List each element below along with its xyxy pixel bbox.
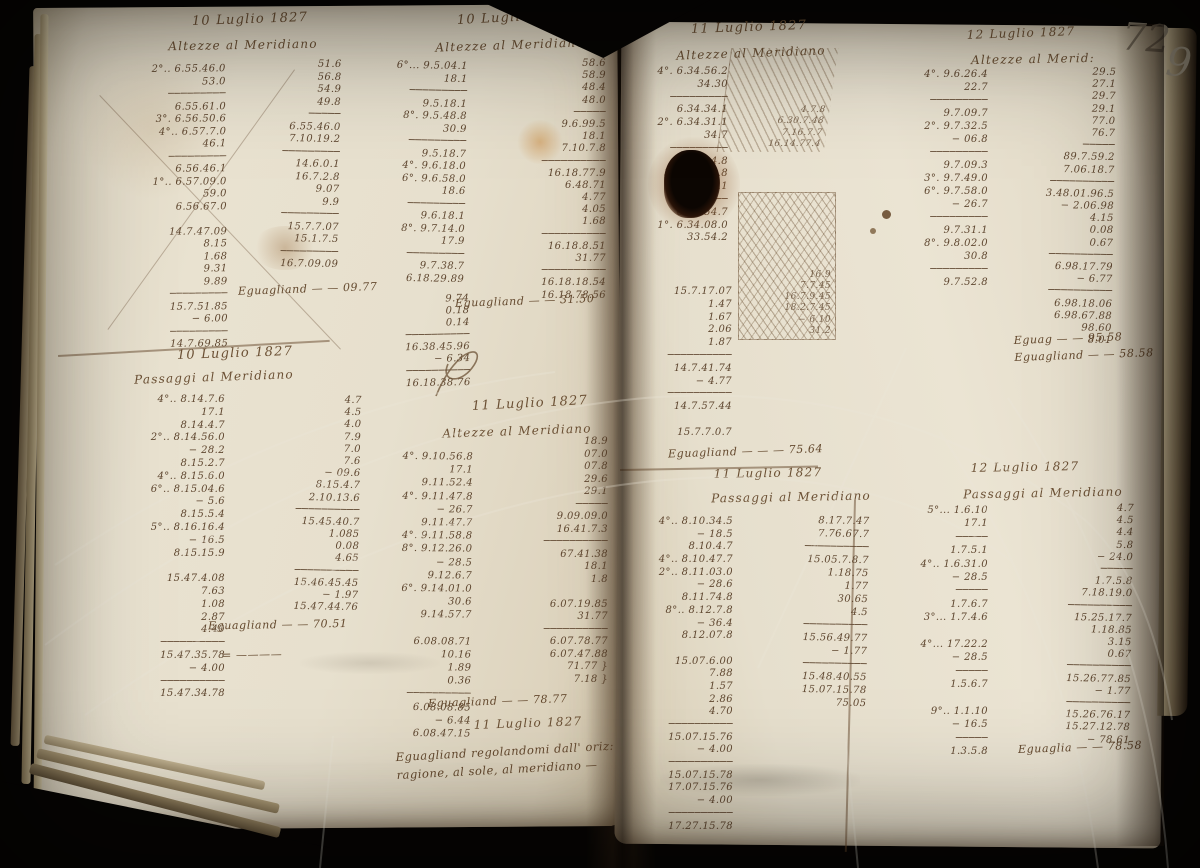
entry-column-i2: 15.7.17.07 1.47 1.67 2.06 1.87 ─────────… — [622, 286, 732, 440]
manuscript-photo: 10 Luglio 1827 Altezze al Meridiano 10 L… — [0, 0, 1200, 868]
struck-figures: 4.7.8 6.30.7.48 7.16.7.7 16.14.77.4 — [767, 105, 826, 150]
section-date: 11 Luglio 1827 — [688, 465, 848, 482]
folio-number: 72 — [1121, 14, 1172, 61]
struck-calculation-block: 16.9 7.7.45 16.7.9.45 18.2.7.45 − 6.10 3… — [738, 192, 836, 340]
entry-column-l: 4°. 9.6.26.4 22.7 ───────── 9.7.09.7 2°.… — [876, 68, 988, 289]
section-date: 12 Luglio 1827 — [940, 459, 1110, 476]
struck-calculation-block: 4.7.8 6.30.7.48 7.16.7.7 16.14.77.4 — [717, 48, 839, 152]
entry-column-c: 6°... 9.5.04.1 18.1 ───────── 9.5.18.1 8… — [346, 59, 468, 286]
entry-column-n: 5°... 1.6.10 17.1 ───── 1.7.5.1 4°.. 1.6… — [876, 504, 988, 758]
struck-figures: 16.9 7.7.45 16.7.9.45 18.2.7.45 − 6.10 3… — [784, 270, 831, 338]
next-folio-number: 9 — [1164, 39, 1194, 87]
entry-column-e: 4°.. 8.14.7.6 17.1 8.14.4.7 2°.. 8.14.56… — [50, 394, 225, 701]
entry-column-j: 4°.. 8.10.34.5 − 18.5 8.10.4.7 4°.. 8.10… — [618, 516, 733, 833]
entry-column-h: 18.9 07.0 07.8 29.6 29.1 ───── 9.09.09.0… — [486, 436, 608, 686]
entry-column-o: 4.7 4.5 4.4 5.8 − 24.0 ───── 1.7.5.8 7.1… — [1002, 501, 1134, 747]
entry-column-a: 2°.. 6.55.46.0 53.0 ───────── 6.55.61.0 … — [51, 63, 229, 352]
entry-column-d: 58.6 58.9 48.4 48.0 ───── 9.6.99.5 18.1 … — [488, 58, 606, 302]
entry-column-k: 8.17.7.47 7.76.67.7 ────────── 15.05.7.8… — [738, 513, 869, 710]
equation-total: Eguag — — 95.58 Eguagliand — — 58.58 — [1013, 327, 1184, 366]
struck-entry: = ———— — [222, 647, 302, 661]
entry-column-m: 29.5 27.1 29.7 29.1 77.0 76.7 ───── 89.7… — [994, 65, 1117, 347]
entry-column-b: 51.6 56.8 54.9 49.8 ───── 6.55.46.0 7.10… — [223, 57, 342, 271]
